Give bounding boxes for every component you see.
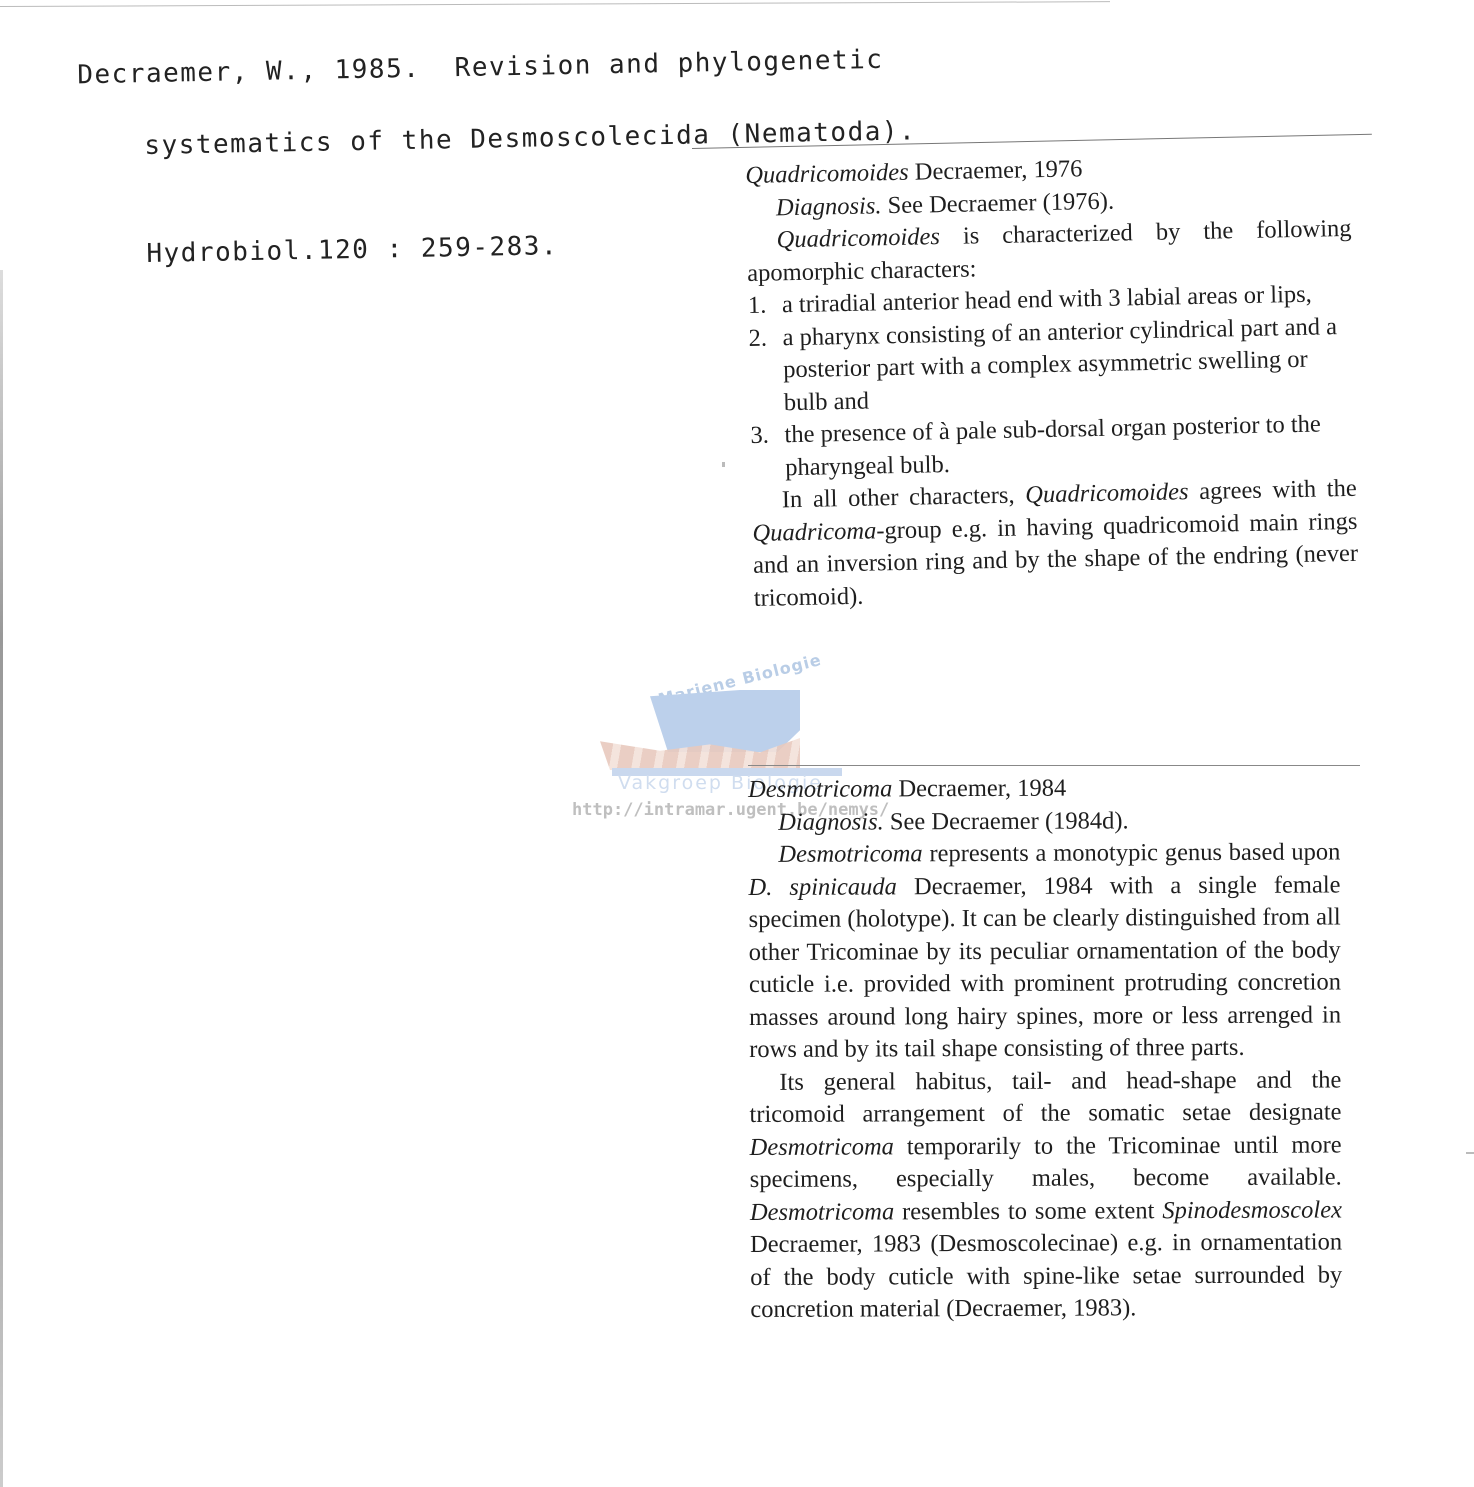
section-desmotricoma: Desmotricoma Decraemer, 1984 Diagnosis. … (748, 771, 1342, 1326)
intro-paragraph: Quadricomoides is characterized by the f… (746, 213, 1352, 290)
diagnosis-text: See Decraemer (1984d). (884, 807, 1129, 835)
section-quadricomoides: Quadricomoides Decraemer, 1976 Diagnosis… (745, 148, 1359, 615)
text: represents a monotypic genus based upon (923, 838, 1341, 867)
section-heading: Desmotricoma Decraemer, 1984 (748, 771, 1340, 806)
genus-name: Quadricomoides (776, 223, 940, 253)
section-divider-2 (748, 765, 1360, 766)
watermark-title: Mariene Biologie (656, 650, 823, 709)
list-number: 3. (750, 419, 785, 485)
genus-name: Spinodesmoscolex (1162, 1196, 1342, 1224)
genus-name: Desmotricoma (750, 1133, 894, 1161)
genus-name: Desmotricoma (748, 775, 892, 803)
text: resembles to some extent (894, 1197, 1162, 1225)
diagnosis-line: Diagnosis. See Decraemer (1984d). (748, 804, 1340, 839)
list-number: 1. (748, 289, 783, 322)
genus-name: Desmotricoma (778, 840, 922, 868)
text: In all other characters, (782, 481, 1026, 513)
paragraph-1: Desmotricoma represents a monotypic genu… (748, 836, 1341, 1066)
logo-boat-shape (650, 690, 800, 752)
scan-speck (1466, 1152, 1474, 1154)
page-edge-shadow (0, 270, 3, 1487)
group-name: Quadricoma (752, 517, 876, 546)
top-divider (0, 1, 1110, 7)
list-number: 2. (748, 322, 784, 420)
text: Decraemer, 1983 (Desmoscolecinae) e.g. i… (750, 1228, 1342, 1323)
citation-line-1: Decraemer, W., 1985. Revision and phylog… (77, 45, 884, 90)
genus-name: Quadricomoides (745, 159, 909, 189)
list-text: the presence of à pale sub-dorsal organ … (784, 408, 1356, 484)
text: Its general habitus, tail- and head-shap… (749, 1066, 1341, 1128)
author-year: Decraemer, 1976 (908, 155, 1082, 185)
genus-name: Quadricomoides (1025, 478, 1189, 508)
list-text: a pharynx consisting of an anterior cyli… (782, 310, 1355, 419)
diagnosis-label: Diagnosis. (778, 808, 884, 835)
genus-name: Desmotricoma (750, 1198, 894, 1226)
diagnosis-text: See Decraemer (1976). (881, 187, 1114, 219)
species-name: D. spinicauda (748, 873, 897, 901)
text: agrees with the (1188, 475, 1357, 505)
diagnosis-label: Diagnosis. (776, 192, 882, 221)
paragraph-2: Its general habitus, tail- and head-shap… (749, 1064, 1342, 1327)
author-year: Decraemer, 1984 (892, 775, 1066, 803)
closing-paragraph: In all other characters, Quadricomoides … (752, 473, 1359, 615)
scan-speck (722, 462, 725, 467)
list-item: 2.a pharynx consisting of an anterior cy… (748, 310, 1355, 420)
citation-line-2: systematics of the Desmoscolecida (Nemat… (44, 113, 916, 166)
list-item: 3.the presence of à pale sub-dorsal orga… (750, 408, 1356, 485)
